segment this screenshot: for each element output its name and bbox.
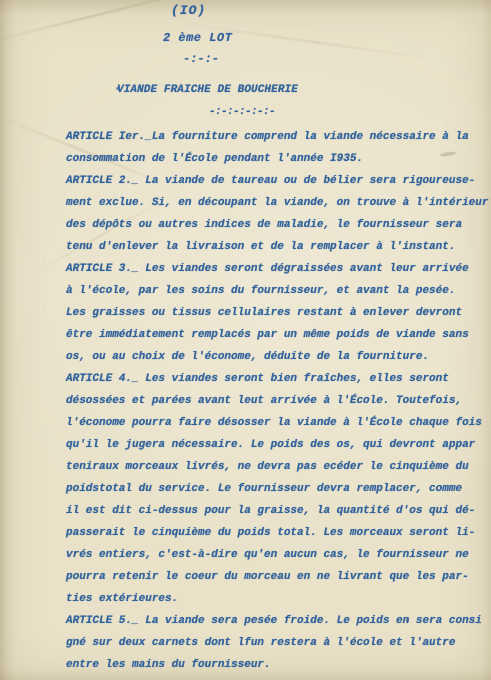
lot-heading: 2 ème LOT — [163, 31, 232, 45]
document-title: VIANDE FRAICHE DE BOUCHERIE — [117, 84, 298, 96]
text-line: ARTICLE Ier._La fourniture comprend la v… — [66, 126, 491, 148]
text-line: des dépôts ou autres indices de maladie,… — [66, 214, 491, 236]
lot-separator: -:-:- — [183, 52, 219, 66]
page-number: (IO) — [171, 3, 206, 18]
text-line: entre les mains du fournisseur. — [66, 654, 491, 676]
text-line: ARTICLE 2._ La viande de taureau ou de b… — [66, 170, 491, 192]
text-line: vrés entiers, c'est-à-dire qu'en aucun c… — [66, 544, 491, 566]
text-line: poidstotal du service. Le fournisseur de… — [66, 478, 491, 500]
document-body: ARTICLE Ier._La fourniture comprend la v… — [66, 126, 491, 676]
text-line: passerait le cinquième du poids total. L… — [66, 522, 491, 544]
text-line: à l'école, par les soins du fournisseur,… — [66, 280, 491, 302]
text-line: ties extérieures. — [66, 588, 491, 610]
text-line: teniraux morceaux livrés, ne devra pas e… — [66, 456, 491, 478]
text-line: ARTICLE 3._ Les viandes seront dégraissé… — [66, 258, 491, 280]
scanned-typewritten-page: (IO) 2 ème LOT -:-:- VIANDE FRAICHE DE B… — [0, 0, 491, 680]
text-line: Les graisses ou tissus cellulaires resta… — [66, 302, 491, 324]
text-line: ARTICLE 4._ Les viandes seront bien fraî… — [66, 368, 491, 390]
text-line: qu'il le jugera nécessaire. Le poids des… — [66, 434, 491, 456]
text-line: gné sur deux carnets dont lfun restera à… — [66, 632, 491, 654]
text-line: os, ou au choix de l'économe, déduite de… — [66, 346, 491, 368]
text-line: pourra retenir le coeur du morceau en ne… — [66, 566, 491, 588]
text-line: consommation de l'École pendant l'année … — [66, 148, 491, 170]
title-separator: -:-:-:-:-:- — [209, 106, 275, 118]
text-line: être immédiatement remplacés par un même… — [66, 324, 491, 346]
text-line: il est dit ci-dessus pour la graisse, la… — [66, 500, 491, 522]
text-line: l'économe pourra faire désosser la viand… — [66, 412, 491, 434]
text-line: ment exclue. Si, en découpant la viande,… — [66, 192, 491, 214]
text-line: ARTICLE 5._ La viande sera pesée froide.… — [66, 610, 491, 632]
text-line: tenu d'enlever la livraison et de la rem… — [66, 236, 491, 258]
text-line: désossées et parées avant leut arrivée à… — [66, 390, 491, 412]
